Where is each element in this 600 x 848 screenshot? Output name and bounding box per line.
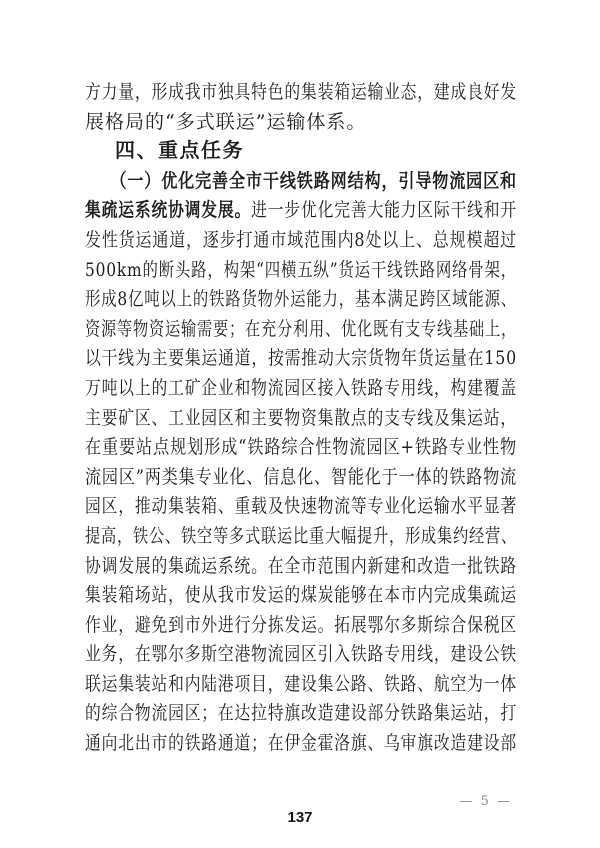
- page-number: 137: [0, 809, 600, 826]
- text-line: 资源等物资运输需要；在充分利用、优化既有支专线基础上，: [85, 315, 517, 345]
- text-line: 以干线为主要集运通道，按需推动大宗货物年货运量在150: [85, 344, 517, 374]
- text-line: 通向北出市的铁路通道；在伊金霍洛旗、乌审旗改造建设部: [85, 729, 517, 759]
- text-line: 提高，铁公、铁空等多式联运比重大幅提升，形成集约经营、: [85, 522, 517, 552]
- document-page: 方力量，形成我市独具特色的集装箱运输业态，建成良好发 展格局的“多式联运”运输体…: [0, 0, 600, 848]
- text-line: 500km的断头路，构架“四横五纵”货运干线铁路网络骨架，: [85, 256, 517, 286]
- text-line: 业务，在鄂尔多斯空港物流园区引入铁路专用线，建设公铁: [85, 640, 517, 670]
- text-line: 主要矿区、工业园区和主要物资集散点的支专线及集运站，: [85, 404, 517, 434]
- text-line: 形成8亿吨以上的铁路货物外运能力，基本满足跨区域能源、: [85, 285, 517, 315]
- text-line: 作业，避免到市外进行分拣发运。拓展鄂尔多斯综合保税区: [85, 611, 517, 641]
- text-line: 联运集装站和内陆港项目，建设集公路、铁路、航空为一体: [85, 670, 517, 700]
- text-line: 园区，推动集装箱、重载及快速物流等专业化运输水平显著: [85, 492, 517, 522]
- text-line: 协调发展的集疏运系统。在全市范围内新建和改造一批铁路: [85, 552, 517, 582]
- text-line: 在重要站点规划形成“铁路综合性物流园区+铁路专业性物: [85, 433, 517, 463]
- text-line: 方力量，形成我市独具特色的集装箱运输业态，建成良好发: [85, 78, 517, 108]
- subsection-heading-continuation: 集疏运系统协调发展。: [85, 199, 251, 221]
- subsection-heading: （一）优化完善全市干线铁路网结构，引导物流园区和: [85, 167, 517, 197]
- text-line: 的综合物流园区；在达拉特旗改造建设部分铁路集运站，打: [85, 699, 517, 729]
- text-line: 集装箱场站，使从我市发运的煤炭能够在本市内完成集疏运: [85, 581, 517, 611]
- section-heading: 四、重点任务: [85, 137, 244, 167]
- text-line: 集疏运系统协调发展。进一步优化完善大能力区际干线和开: [85, 196, 517, 226]
- text-line: 展格局的“多式联运”运输体系。: [85, 108, 366, 138]
- text-line: 万吨以上的工矿企业和物流园区接入铁路专用线，构建覆盖: [85, 374, 517, 404]
- text-line: 发性货运通道，逐步打通市域范围内8处以上、总规模超过: [85, 226, 517, 256]
- body-text-run: 进一步优化完善大能力区际干线和开: [251, 199, 517, 221]
- document-body: 方力量，形成我市独具特色的集装箱运输业态，建成良好发 展格局的“多式联运”运输体…: [85, 78, 517, 759]
- text-line: 流园区”两类集专业化、信息化、智能化于一体的铁路物流: [85, 463, 517, 493]
- page-label: — 5 —: [459, 794, 512, 809]
